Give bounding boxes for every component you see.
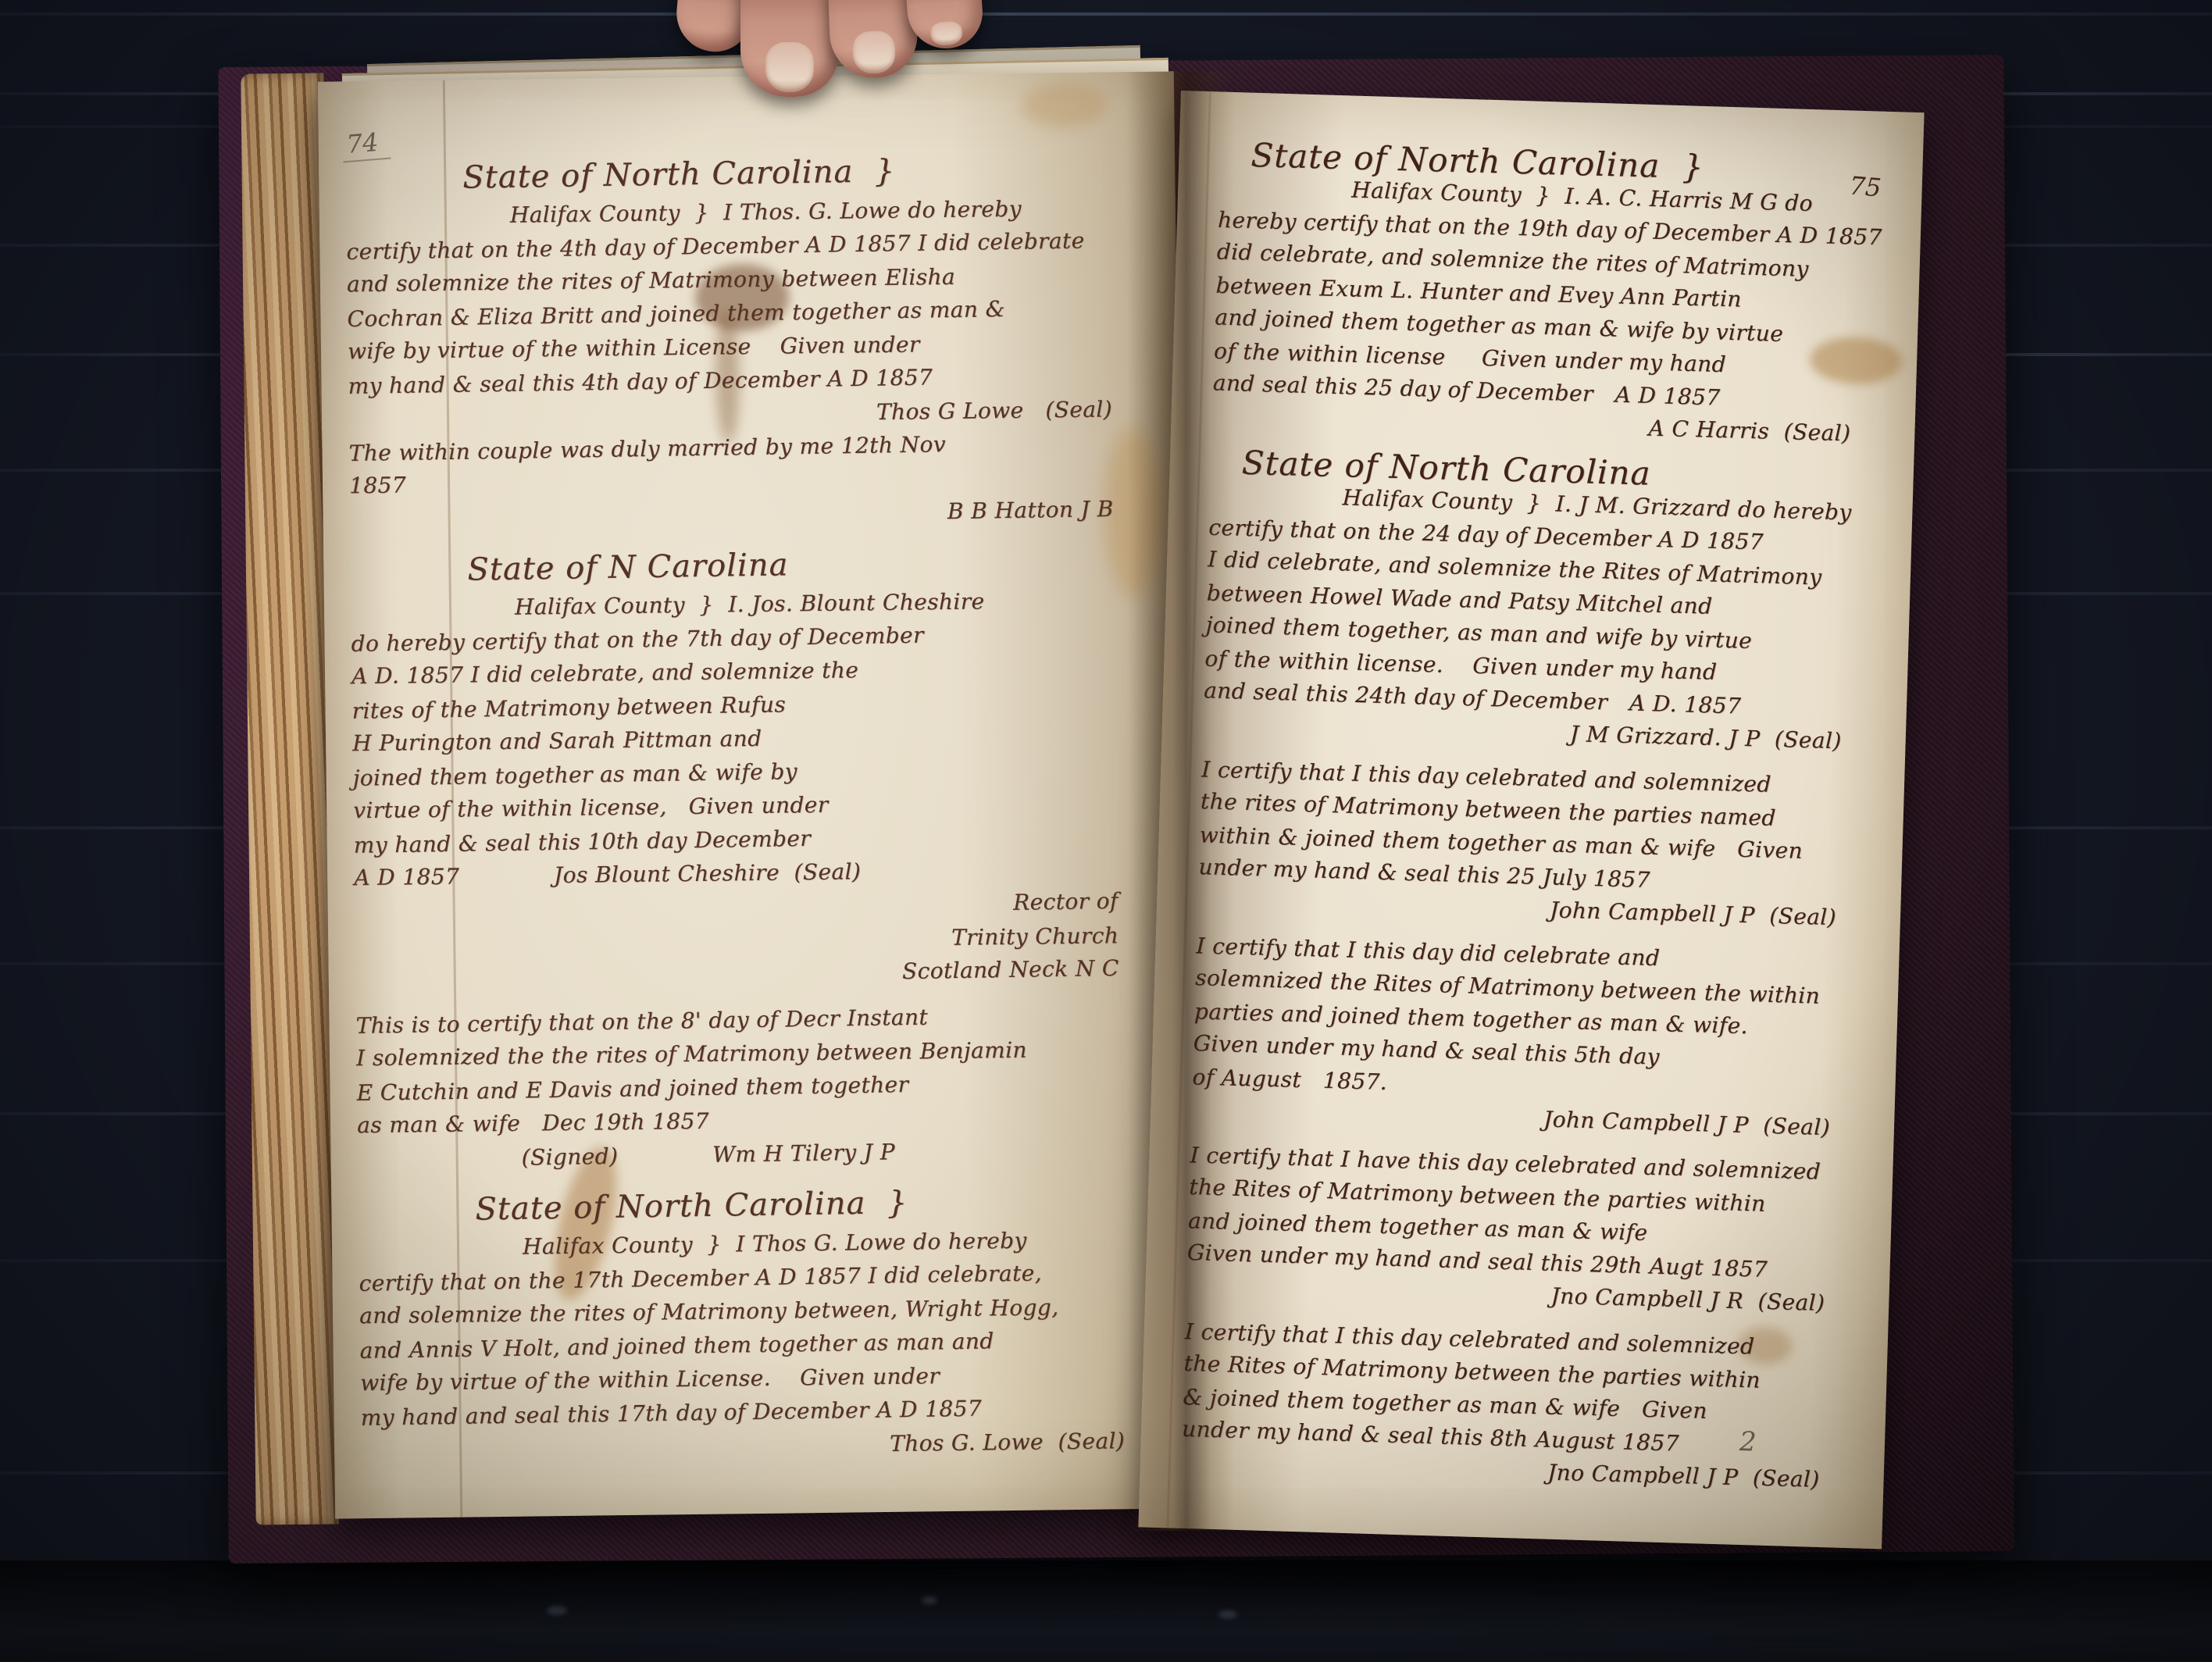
marriage-entry-campbell-august29: I certify that I have this day celebrate… — [1186, 1138, 1876, 1322]
photograph-of-marriage-register: 74 State of North Carolina }Halifax Coun… — [0, 0, 2212, 1662]
pencil-corner-mark: 2 — [1739, 1426, 1757, 1458]
table-speck — [922, 1596, 937, 1604]
page-number-right: 75 — [1849, 170, 1883, 202]
table-speck — [547, 1606, 567, 1615]
marriage-entry-campbell-august5: I certify that I this day did celebrate … — [1191, 929, 1882, 1146]
fingernail — [852, 30, 896, 74]
left-page: 74 State of North Carolina }Halifax Coun… — [318, 71, 1191, 1518]
fingernail — [930, 21, 963, 47]
left-page-text: State of North Carolina }Halifax County … — [345, 147, 1172, 1500]
table-groove-line — [0, 12, 2212, 16]
fingernail — [765, 42, 814, 92]
marriage-entry-campbell-july: I certify that I this day celebrated and… — [1197, 752, 1888, 936]
marriage-entry-grizzard-wade: State of North CarolinaHalifax County } … — [1202, 444, 1896, 760]
finger — [740, 0, 839, 97]
marriage-entry-lowe-hogg: State of North Carolina }Halifax County … — [358, 1179, 1172, 1468]
page-number-left: 74 — [341, 127, 391, 163]
marriage-entry-cheshire-purington: State of N CarolinaHalifax County } I. J… — [350, 539, 1166, 996]
finger — [905, 0, 985, 51]
page-stain — [1021, 83, 1108, 127]
marriage-entry-lowe-cochran: State of North Carolina }Halifax County … — [345, 147, 1161, 537]
marriage-entry-tilery-cutchin: This is to certify that on the 8' day of… — [355, 998, 1168, 1176]
marriage-entry-campbell-august8: I certify that I this day celebrated and… — [1180, 1314, 1871, 1499]
table-speck — [1218, 1610, 1237, 1618]
marriage-entry-harris-hunter: State of North Carolina }Halifax County … — [1211, 137, 1906, 453]
right-page-text: State of North Carolina }Halifax County … — [1179, 137, 1906, 1536]
right-page: 75 2 State of North Carolina }Halifax Co… — [1138, 91, 1924, 1549]
table-edge — [0, 1560, 2212, 1662]
